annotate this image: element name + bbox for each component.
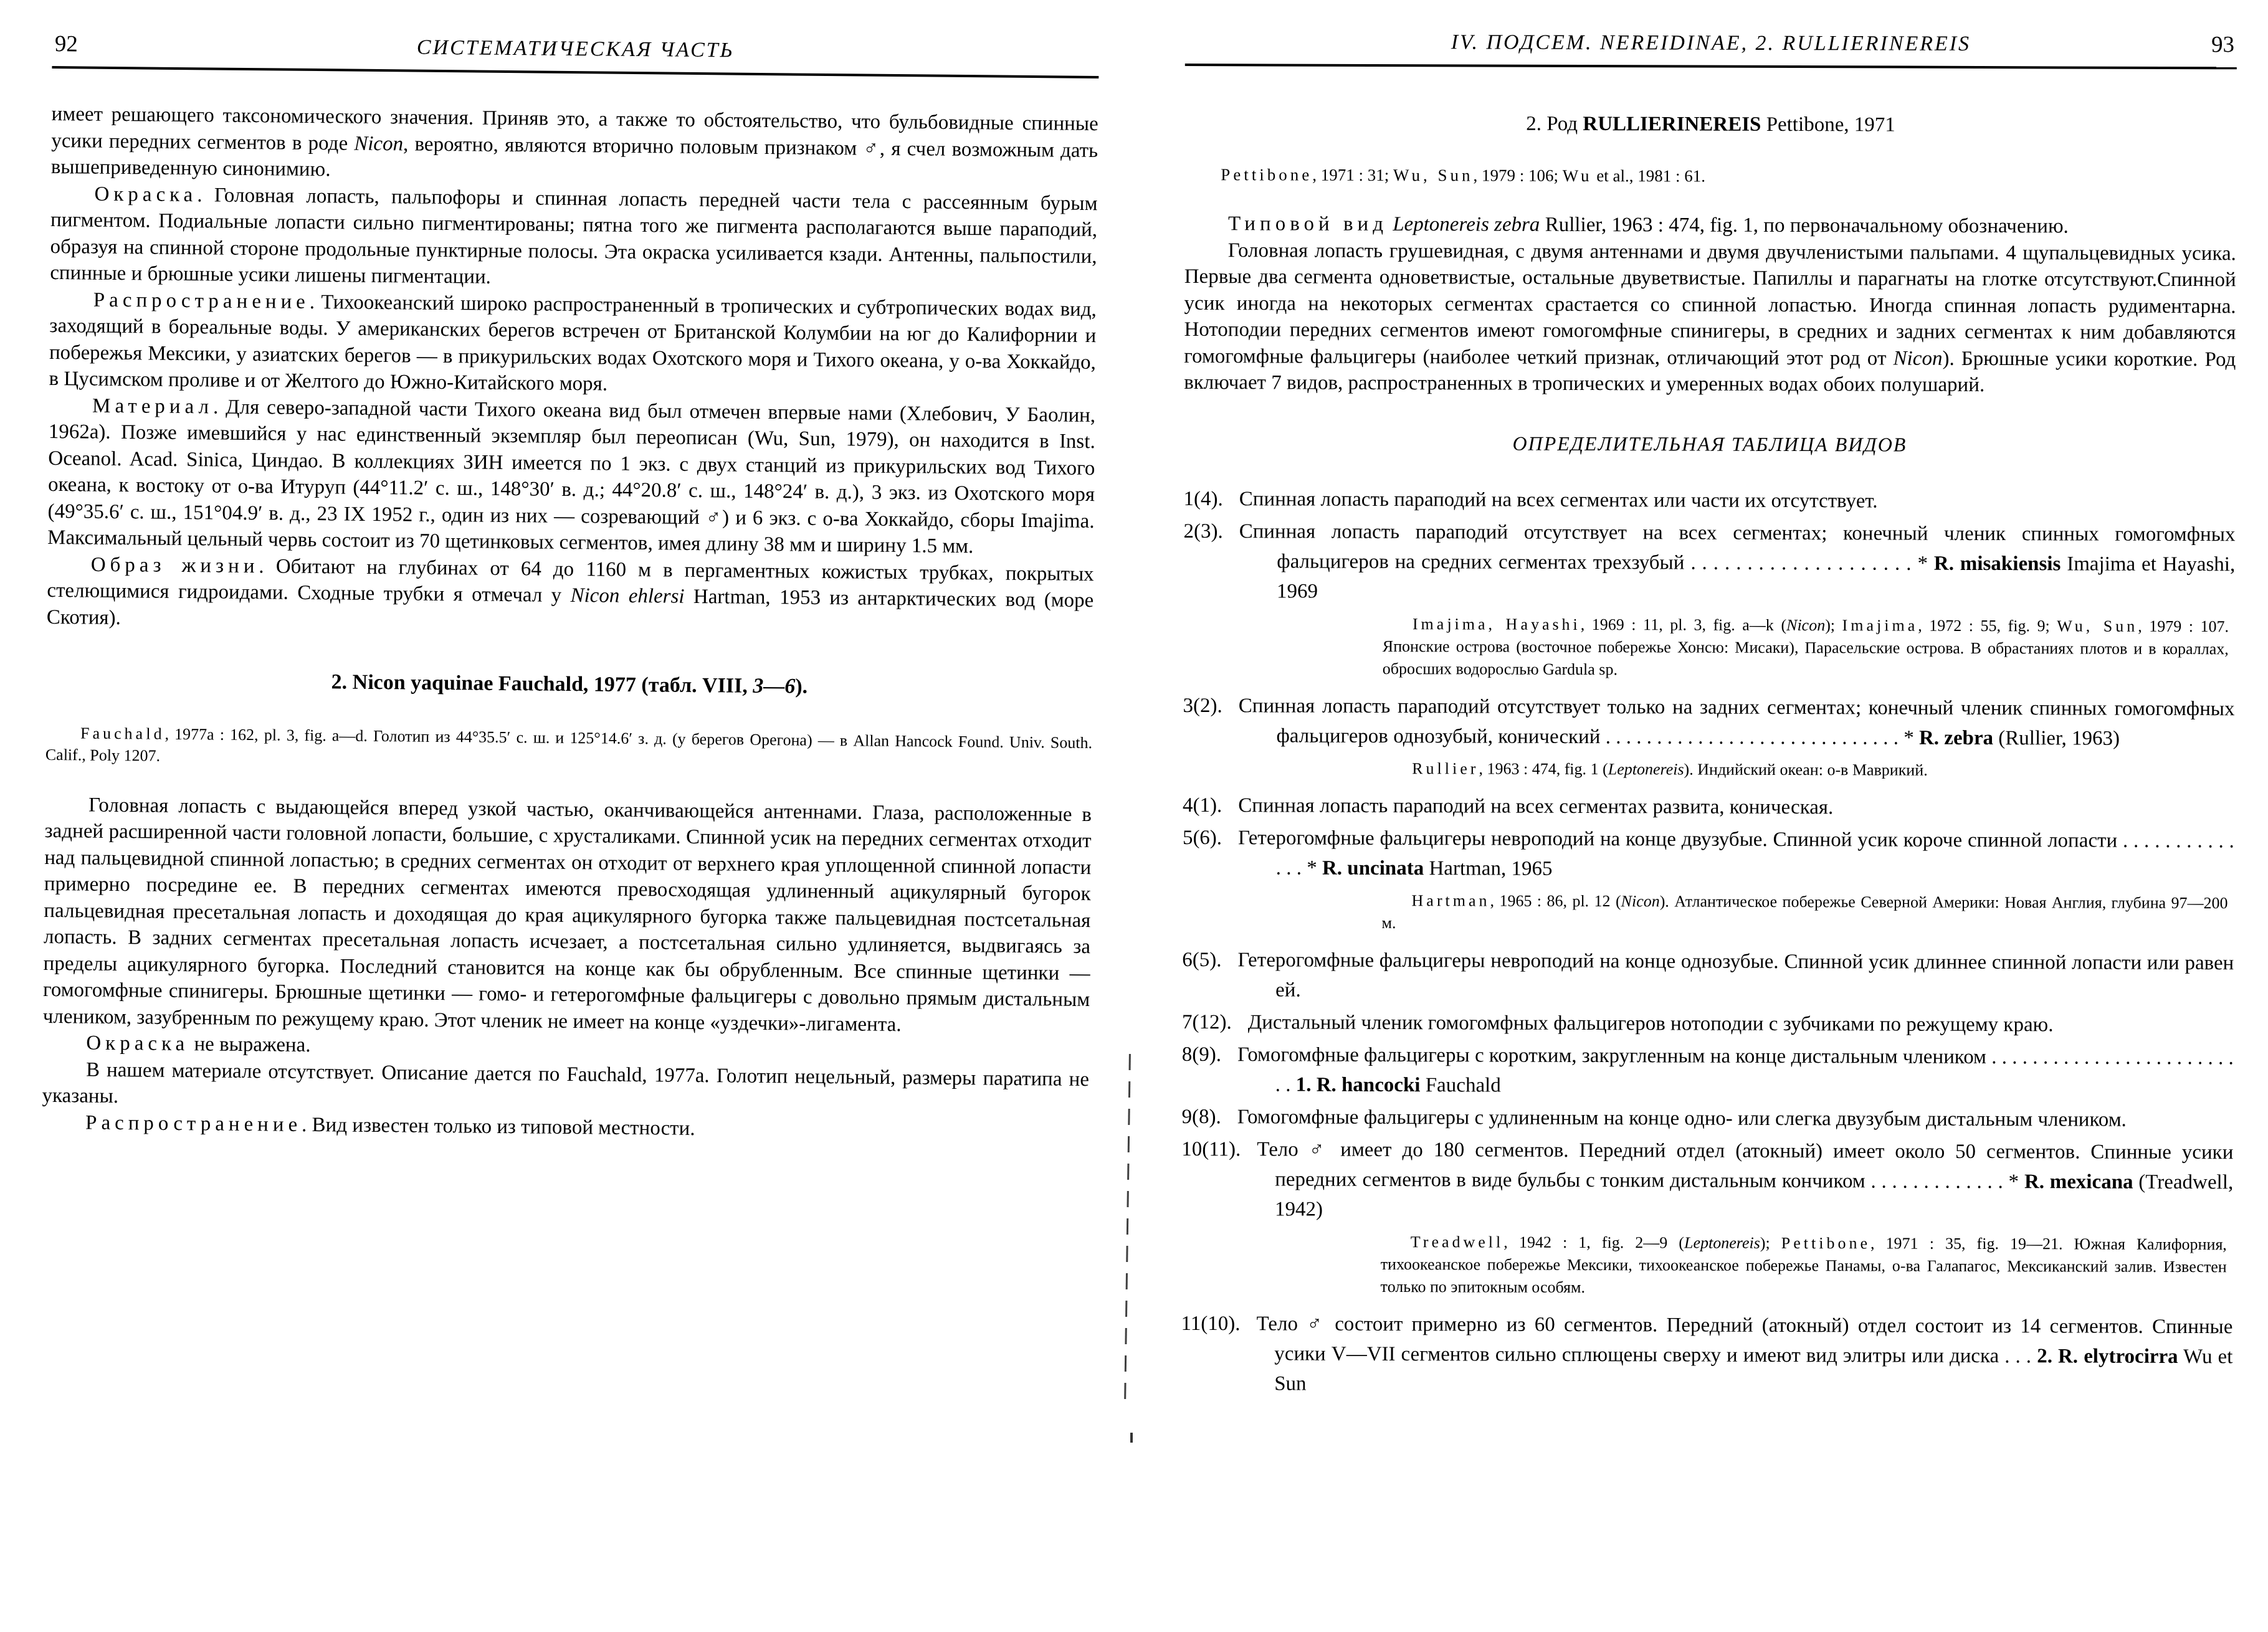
- paragraph: Образ жизни. Обитают на глубинах от 64 д…: [47, 551, 1094, 640]
- text-run: Wu, Sun: [2057, 617, 2138, 635]
- text-run: );: [1825, 616, 1842, 634]
- text-run: Fauchald: [1420, 1074, 1500, 1096]
- text-run: , 1979 : 106;: [1473, 166, 1562, 184]
- text-run: 2. R. elytrocirra: [2037, 1345, 2178, 1368]
- paragraph: имеет решающего таксономического значени…: [51, 101, 1098, 191]
- page-number-right: 93: [2211, 31, 2234, 59]
- text-run: , 1971 : 31;: [1312, 166, 1393, 184]
- text-run: 2. Nicon yaquinae: [331, 670, 493, 695]
- text-run: . . . . . . . . . . . . . . . . . . . . …: [1606, 726, 1919, 749]
- text-run: Распространение: [85, 1111, 302, 1136]
- taxon-name: Nicon ehlersi: [570, 584, 684, 608]
- scanned-book-spread: 92 СИСТЕМАТИЧЕСКАЯ ЧАСТЬ имеет решающего…: [0, 0, 2268, 1632]
- text-run: . Для северо-западной части Тихого океан…: [47, 396, 1095, 557]
- running-title-right: IV. ПОДСЕМ. NEREIDINAE, 2. RULLIERINEREI…: [1185, 27, 2237, 59]
- text-run: Окраска: [94, 183, 197, 206]
- text-run: ). Индийский океан: о-в Маврикий.: [1684, 760, 1928, 779]
- text-run: Материал: [92, 394, 213, 418]
- text-run: R. mexicana: [2024, 1170, 2133, 1193]
- species-citation: Fauchald, 1977a : 162, pl. 3, fig. a—d. …: [45, 721, 1093, 775]
- key-item-1(4): 1(4).Спинная лопасть параподий на всех с…: [1184, 483, 2236, 516]
- text-run: Образ жизни: [91, 553, 259, 577]
- text-run: Pettibone: [1781, 1234, 1870, 1252]
- key-item-7(12): 7(12).Дистальный членик гомогомфных фаль…: [1182, 1007, 2234, 1040]
- paragraph: В нашем материале отсутствует. Описание …: [42, 1056, 1089, 1119]
- text-run: . . .: [2004, 1345, 2037, 1367]
- identification-key: 1(4).Спинная лопасть параподий на всех с…: [1181, 483, 2236, 1401]
- text-run: Типовой вид: [1228, 212, 1388, 235]
- key-item-label: 8(9).: [1182, 1043, 1221, 1065]
- text-run: Rullier, 1963 : 474, fig. 1, по первонач…: [1540, 214, 2069, 238]
- text-run: . . . . . . . . . . . . . *: [1870, 1170, 2024, 1193]
- taxon-name: Leptonereis: [1684, 1233, 1760, 1251]
- text-run: Гетерогомфные фальцигеры невроподий на к…: [1237, 949, 2234, 1001]
- key-item-reference-note: Rullier, 1963 : 474, fig. 1 (Leptonereis…: [1382, 757, 2228, 782]
- header-rule-right: [1185, 64, 2237, 69]
- page-92: 92 СИСТЕМАТИЧЕСКАЯ ЧАСТЬ имеет решающего…: [42, 30, 1099, 1146]
- key-item-4(1): 4(1).Спинная лопасть параподий на всех с…: [1183, 790, 2234, 823]
- taxon-name: Nicon: [1621, 892, 1660, 910]
- text-run: et al., 1981 : 61.: [1593, 166, 1706, 186]
- key-item-5(6): 5(6).Гетерогомфные фальцигеры невроподий…: [1183, 822, 2234, 885]
- text-run: Treadwell: [1411, 1233, 1504, 1251]
- text-run: 2. Род: [1526, 113, 1583, 135]
- page-93-running-head: IV. ПОДСЕМ. NEREIDINAE, 2. RULLIERINEREI…: [1185, 27, 2237, 59]
- text-run: Fauchald: [80, 724, 165, 742]
- paragraph: Материал. Для северо-западной части Тихо…: [47, 392, 1095, 561]
- text-run: R. zebra: [1919, 726, 1993, 749]
- key-item-label: 11(10).: [1181, 1312, 1240, 1334]
- text-run: . . . . . . . . . . . . . . . . . . . . …: [1690, 551, 1934, 574]
- text-run: Pettibone: [1221, 165, 1312, 184]
- text-run: Pettibone, 1971: [1761, 113, 1895, 136]
- key-item-8(9): 8(9).Гомогомфные фальцигеры с коротким, …: [1182, 1039, 2234, 1102]
- key-item-label: 5(6).: [1183, 826, 1222, 848]
- page-92-body: имеет решающего таксономического значени…: [42, 101, 1098, 1146]
- text-run: Гомогомфные фальцигеры с коротким, закру…: [1237, 1043, 1991, 1068]
- text-run: Спинная лопасть параподий на всех сегмен…: [1239, 488, 1878, 512]
- text-run: ).: [795, 675, 808, 698]
- text-run: . Вид известен только из типовой местнос…: [302, 1113, 695, 1139]
- text-run: . Головная лопасть, пальпофоры и спинная…: [50, 184, 1097, 288]
- paragraph: Головная лопасть с выдающейся вперед узк…: [43, 791, 1092, 1040]
- key-item-2(3): 2(3).Спинная лопасть параподий отсутству…: [1183, 516, 2235, 609]
- text-run: В нашем материале отсутствует. Описание …: [42, 1058, 1089, 1108]
- text-run: Wu, Sun: [1393, 166, 1474, 184]
- key-item-label: 3(2).: [1183, 694, 1222, 716]
- text-run: Rullier: [1412, 759, 1479, 777]
- text-run: Hartman, 1965: [1424, 857, 1552, 880]
- text-run: Спинная лопасть параподий на всех сегмен…: [1238, 794, 1833, 818]
- key-item-label: 6(5).: [1182, 948, 1221, 970]
- text-run: , 1963 : 474, fig. 1 (: [1479, 759, 1608, 778]
- genus-heading: 2. Род RULLIERINEREIS Pettibone, 1971: [1184, 110, 2236, 139]
- paragraph: Типовой вид Leptonereis zebra Rullier, 1…: [1184, 211, 2236, 240]
- text-run: Imajima: [1842, 616, 1918, 634]
- taxon-name: Nicon: [1786, 616, 1825, 634]
- text-run: Wu: [1563, 166, 1593, 185]
- key-item-label: 10(11).: [1181, 1137, 1241, 1160]
- text-run: Головная лопасть с выдающейся вперед узк…: [43, 794, 1092, 1036]
- key-item-9(8): 9(8).Гомогомфные фальцигеры с удлиненным…: [1181, 1101, 2233, 1134]
- genus-description: Типовой вид Leptonereis zebra Rullier, 1…: [1184, 211, 2236, 399]
- text-run: Гомогомфные фальцигеры с удлиненным на к…: [1237, 1106, 2127, 1131]
- text-run: 1. R. hancocki: [1296, 1073, 1421, 1096]
- taxon-name: Nicon: [1894, 347, 1943, 369]
- text-run: Гетерогомфные фальцигеры невроподий на к…: [1238, 827, 2123, 852]
- text-run: , 1972 : 55, fig. 9;: [1918, 616, 2057, 635]
- key-table-title: ОПРЕДЕЛИТЕЛЬНАЯ ТАБЛИЦА ВИДОВ: [1184, 430, 2236, 457]
- key-item-11(10): 11(10).Тело ♂ состоит примерно из 60 сег…: [1181, 1308, 2232, 1401]
- page-92-running-head: 92 СИСТЕМАТИЧЕСКАЯ ЧАСТЬ: [52, 30, 1099, 69]
- text-run: , 1942 : 1, fig. 2—9 (: [1503, 1233, 1684, 1251]
- key-item-label: 7(12).: [1182, 1010, 1232, 1033]
- key-item-reference-note: Treadwell, 1942 : 1, fig. 2—9 (Leptonere…: [1381, 1230, 2227, 1300]
- text-run: Распространение: [93, 288, 310, 313]
- scan-speck: [1130, 1433, 1133, 1443]
- key-item-label: 9(8).: [1181, 1105, 1221, 1127]
- text-run: RULLIERINEREIS: [1583, 113, 1761, 136]
- text-run: );: [1760, 1233, 1781, 1251]
- paragraph: Распространение. Тихоокеанский широко ра…: [49, 286, 1097, 402]
- text-run: , 1977a : 162, pl. 3, fig. a—d. Голотип …: [45, 724, 1093, 764]
- key-item-reference-note: Imajima, Hayashi, 1969 : 11, pl. 3, fig.…: [1383, 613, 2229, 683]
- text-run: , 1965 : 86, pl. 12 (: [1490, 891, 1621, 910]
- genus-citation: Pettibone, 1971 : 31; Wu, Sun, 1979 : 10…: [1184, 163, 2236, 189]
- text-run: Imajima, Hayashi: [1413, 615, 1581, 633]
- taxon-name: Nicon: [354, 132, 403, 155]
- species-heading: 2. Nicon yaquinae Fauchald, 1977 (табл. …: [46, 667, 1093, 703]
- text-run: R. misakiensis: [1934, 552, 2061, 575]
- text-run: Дистальный членик гомогомфных фальцигеро…: [1248, 1011, 2054, 1036]
- page-93: IV. ПОДСЕМ. NEREIDINAE, 2. RULLIERINEREI…: [1181, 27, 2237, 1404]
- running-title-left: СИСТЕМАТИЧЕСКАЯ ЧАСТЬ: [52, 30, 1099, 69]
- key-item-label: 4(1).: [1183, 794, 1222, 816]
- taxon-name: Leptonereis zebra: [1393, 213, 1540, 236]
- key-item-10(11): 10(11).Тело ♂ имеет до 180 сегментов. Пе…: [1181, 1134, 2233, 1226]
- key-item-label: 1(4).: [1184, 487, 1223, 510]
- text-run: (Rullier, 1963): [1993, 727, 2120, 750]
- text-run: Fauchald, 1977 (табл. VIII,: [493, 672, 753, 698]
- paragraph: Головная лопасть грушевидная, с двумя ан…: [1184, 237, 2236, 399]
- text-run: , 1969 : 11, pl. 3, fig. a—k (: [1581, 615, 1786, 633]
- header-rule-left: [52, 66, 1098, 78]
- scan-gutter-artifact: [1124, 1054, 1131, 1403]
- key-item-3(2): 3(2).Спинная лопасть параподий отсутству…: [1183, 690, 2234, 753]
- key-item-6(5): 6(5).Гетерогомфные фальцигеры невроподий…: [1182, 944, 2234, 1007]
- text-run: Окраска: [86, 1032, 189, 1056]
- paragraph: Окраска. Головная лопасть, пальпофоры и …: [50, 180, 1098, 296]
- text-run: R. uncinata: [1322, 856, 1424, 880]
- taxon-name: Leptonereis: [1608, 760, 1684, 778]
- text-run: Hartman: [1412, 891, 1490, 909]
- text-run: не выражена.: [189, 1033, 311, 1056]
- key-item-reference-note: Hartman, 1965 : 86, pl. 12 (Nicon). Атла…: [1381, 889, 2227, 936]
- taxon-name: 3—6: [753, 675, 795, 698]
- key-item-label: 2(3).: [1183, 519, 1222, 542]
